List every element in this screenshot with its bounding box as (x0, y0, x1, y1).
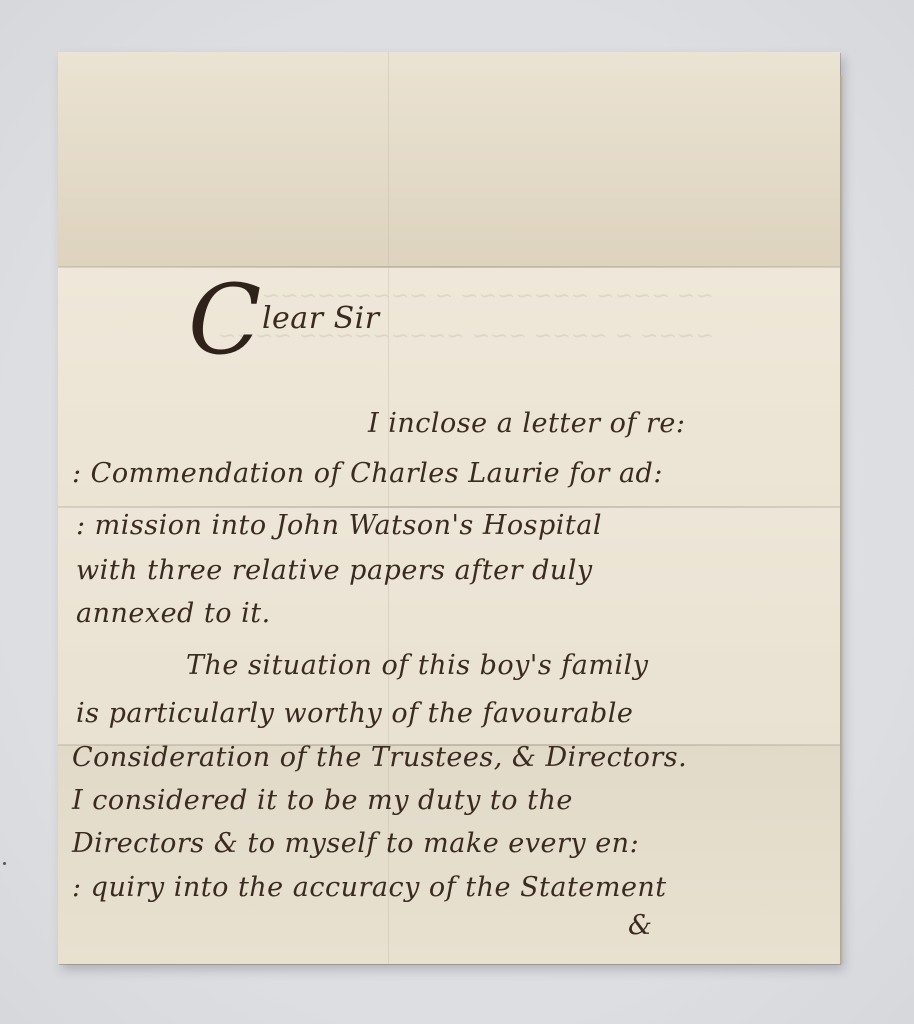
letter-line: I considered it to be my duty to the (72, 787, 573, 814)
dust-speck (3, 862, 6, 865)
salutation: Clear Sir (188, 272, 380, 368)
catchword: & (628, 912, 653, 939)
letter-line: I inclose a letter of re: (368, 410, 685, 437)
letter-sheet: ~~ ~~~~ ~~~~~~~ ~ ~~~~~~~~~ ~~~~ ~ ~~~~ … (58, 52, 840, 964)
paper-panel-top (58, 52, 840, 267)
letter-line: annexed to it. (76, 600, 271, 627)
fold-crease-1 (58, 266, 840, 268)
paper-edge (840, 76, 844, 964)
letter-line: : mission into John Watson's Hospital (76, 512, 602, 539)
letter-line: with three relative papers after duly (76, 557, 593, 584)
salutation-initial: C (188, 264, 262, 376)
letter-line: : quiry into the accuracy of the Stateme… (72, 874, 667, 901)
salutation-text: lear Sir (262, 301, 380, 336)
letter-line: Directors & to myself to make every en: (72, 830, 639, 857)
letter-line: : Commendation of Charles Laurie for ad: (72, 460, 663, 487)
fold-crease-2 (58, 506, 840, 508)
letter-line: Consideration of the Trustees, & Directo… (72, 744, 687, 771)
letter-line: is particularly worthy of the favourable (76, 700, 633, 727)
letter-line: The situation of this boy's family (186, 652, 649, 679)
